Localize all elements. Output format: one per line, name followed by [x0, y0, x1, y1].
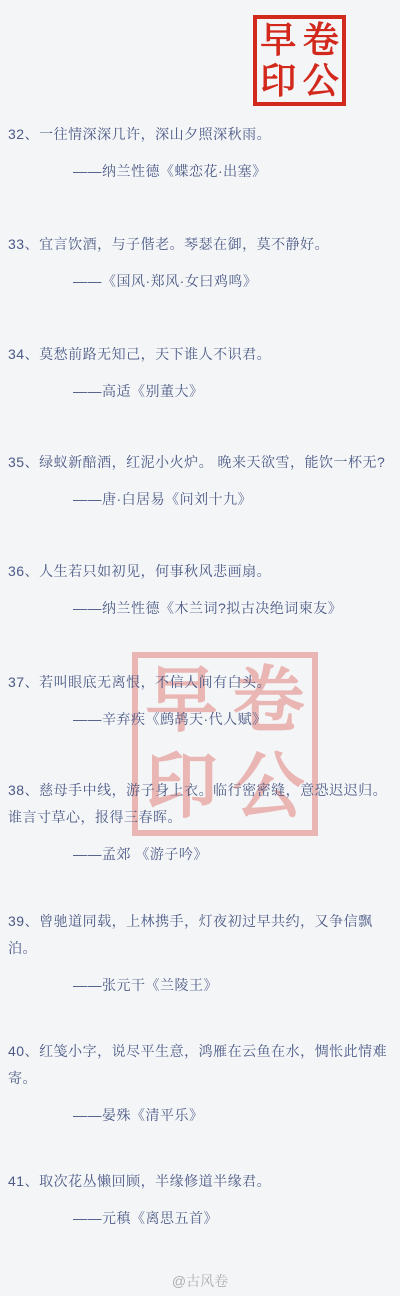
quote-item-36: 36、人生若只如初见，何事秋风悲画扇。 ——纳兰性德《木兰词?拟古决绝词柬友》	[0, 558, 400, 622]
quote-text: 34、莫愁前路无知己，天下谁人不识君。	[8, 341, 400, 368]
quote-attribution: ——晏殊《清平乐》	[8, 1102, 400, 1129]
quote-text-wrap: 泊。	[8, 935, 400, 962]
quote-attribution: ——元稹《离思五首》	[8, 1205, 400, 1232]
quote-item-39: 39、曾驰道同载，上林携手，灯夜初过早共约，又争信飘 泊。 ——张元干《兰陵王》	[0, 908, 400, 999]
quote-text-wrap: 谁言寸草心，报得三春晖。	[8, 804, 400, 831]
quote-text: 36、人生若只如初见，何事秋风悲画扇。	[8, 558, 400, 585]
quote-item-37: 37、若叫眼底无离恨，不信人间有白头。 ——辛弃疾《鹧鸪天·代人赋》	[0, 669, 400, 733]
quote-text: 40、红笺小字，说尽平生意，鸿雁在云鱼在水，惆怅此情难	[8, 1038, 400, 1065]
quote-item-32: 32、一往情深深几许，深山夕照深秋雨。 ——纳兰性德《蝶恋花·出塞》	[0, 121, 400, 185]
quote-attribution: ——张元干《兰陵王》	[8, 972, 400, 999]
quote-attribution: ——唐·白居易《问刘十九》	[8, 486, 400, 513]
quote-text: 39、曾驰道同载，上林携手，灯夜初过早共约，又争信飘	[8, 908, 400, 935]
poem-quotes-page: 早 卷 印 公 早 卷 印 公 32、一往情深深几许，深山夕照深秋雨。 ——纳兰…	[0, 0, 400, 1296]
quote-text: 38、慈母手中线，游子身上衣。临行密密缝，意恐迟迟归。	[8, 777, 400, 804]
quote-text-wrap: 寄。	[8, 1065, 400, 1092]
quote-item-38: 38、慈母手中线，游子身上衣。临行密密缝，意恐迟迟归。 谁言寸草心，报得三春晖。…	[0, 777, 400, 868]
quote-item-33: 33、宜言饮酒，与子偕老。琴瑟在御，莫不静好。 ——《国风·郑风·女曰鸡鸣》	[0, 231, 400, 295]
quote-item-41: 41、取次花丛懒回顾，半缘修道半缘君。 ——元稹《离思五首》	[0, 1168, 400, 1232]
quote-attribution: ——《国风·郑风·女曰鸡鸣》	[8, 268, 400, 295]
seal-char-bottom-left: 印	[260, 63, 296, 99]
quote-item-34: 34、莫愁前路无知己，天下谁人不识君。 ——高适《别董大》	[0, 341, 400, 405]
quote-item-35: 35、绿蚁新醅酒，红泥小火炉。 晚来天欲雪，能饮一杯无? ——唐·白居易《问刘十…	[0, 449, 400, 513]
seal-char-top-left: 早	[260, 22, 296, 58]
quote-text: 32、一往情深深几许，深山夕照深秋雨。	[8, 121, 400, 148]
quote-attribution: ——纳兰性德《蝶恋花·出塞》	[8, 158, 400, 185]
quote-attribution: ——孟郊 《游子吟》	[8, 841, 400, 868]
quote-text: 33、宜言饮酒，与子偕老。琴瑟在御，莫不静好。	[8, 231, 400, 258]
seal-char-top-right: 卷	[303, 22, 339, 58]
quote-attribution: ——纳兰性德《木兰词?拟古决绝词柬友》	[8, 595, 400, 622]
author-watermark: @古风卷	[0, 1272, 400, 1290]
quote-attribution: ——高适《别董大》	[8, 378, 400, 405]
quote-item-40: 40、红笺小字，说尽平生意，鸿雁在云鱼在水，惆怅此情难 寄。 ——晏殊《清平乐》	[0, 1038, 400, 1129]
quote-attribution: ——辛弃疾《鹧鸪天·代人赋》	[8, 706, 400, 733]
red-seal-stamp: 早 卷 印 公	[253, 15, 346, 106]
quote-text: 41、取次花丛懒回顾，半缘修道半缘君。	[8, 1168, 400, 1195]
seal-char-bottom-right: 公	[303, 63, 339, 99]
quote-text: 37、若叫眼底无离恨，不信人间有白头。	[8, 669, 400, 696]
quote-text: 35、绿蚁新醅酒，红泥小火炉。 晚来天欲雪，能饮一杯无?	[8, 449, 400, 476]
